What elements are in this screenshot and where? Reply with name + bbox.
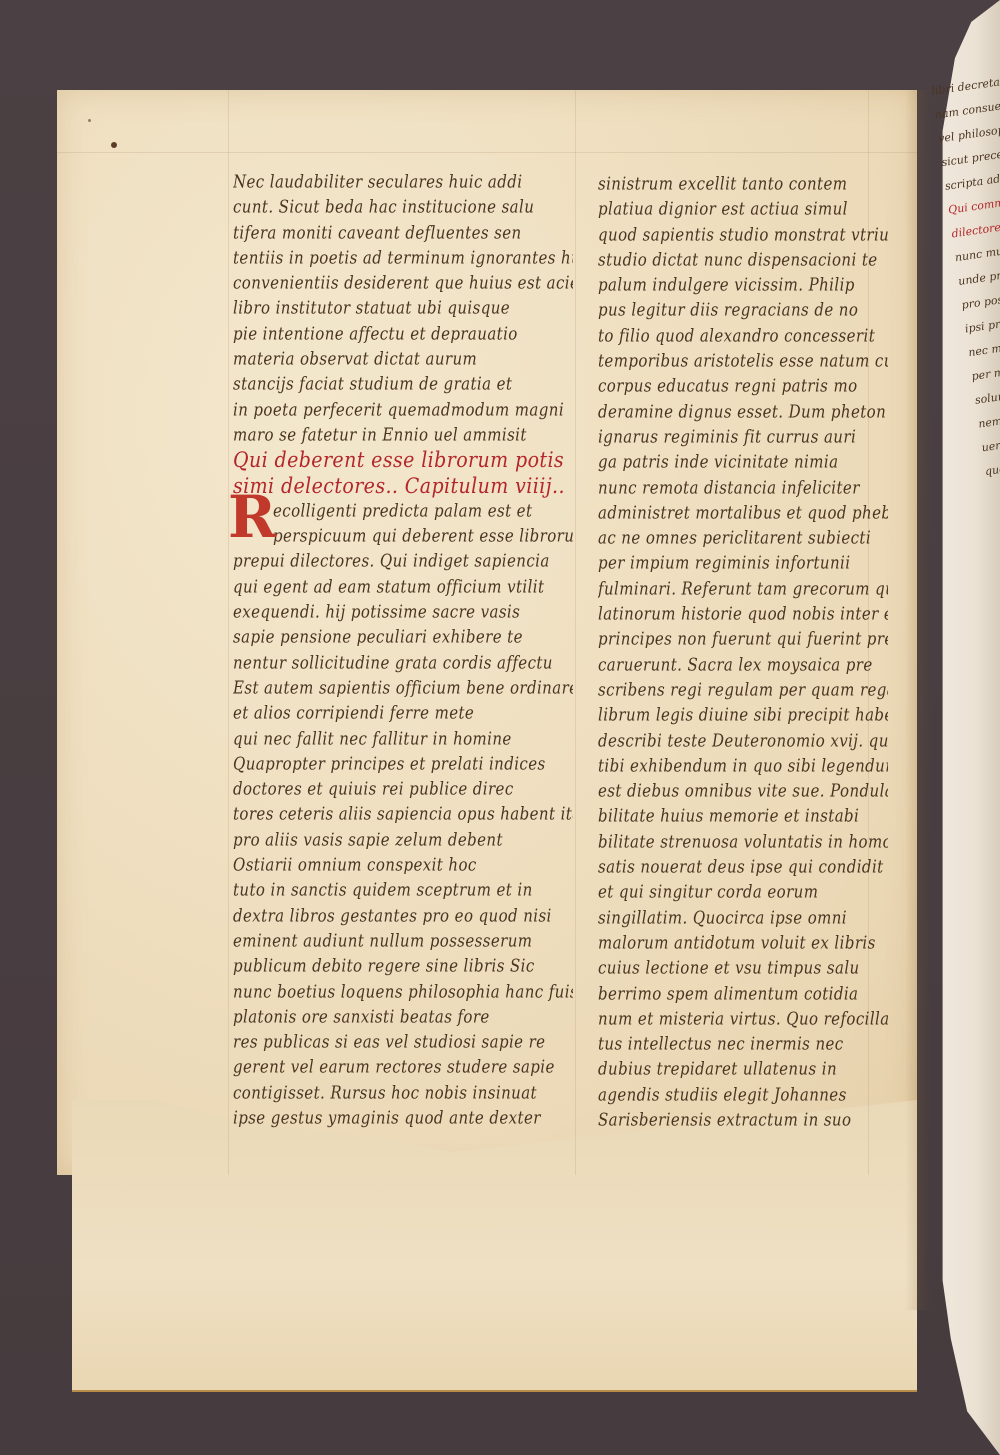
right-text-column: sinistrum excellit tanto contem platiua … (598, 172, 888, 1133)
text-line: Sarisberiensis extractum in suo (598, 1106, 888, 1135)
ruling-line-middle (575, 90, 576, 1175)
ruling-line-left (228, 90, 229, 1175)
text-line: ga patris inde vicinitate nimia (598, 448, 888, 477)
ink-spot (111, 142, 117, 148)
text-line: librum legis diuine sibi precipit habere (598, 701, 888, 730)
text-line: publicum debito regere sine libris Sic (233, 952, 573, 981)
text-line: et alios corripiendi ferre mete (233, 699, 573, 728)
text-line: cuius lectione et vsu timpus salu (598, 954, 888, 983)
left-text-column: Nec laudabiliter seculares huic addi cun… (233, 170, 573, 1131)
text-line: ipse gestus ymaginis quod ante dexter (233, 1104, 573, 1133)
ink-spot (88, 119, 91, 122)
spine-shadow (905, 90, 930, 1310)
rubric-heading: Qui deberent esse librorum potis (233, 446, 573, 475)
ruling-line-top (57, 152, 917, 153)
decorated-initial-r: R (228, 488, 276, 546)
